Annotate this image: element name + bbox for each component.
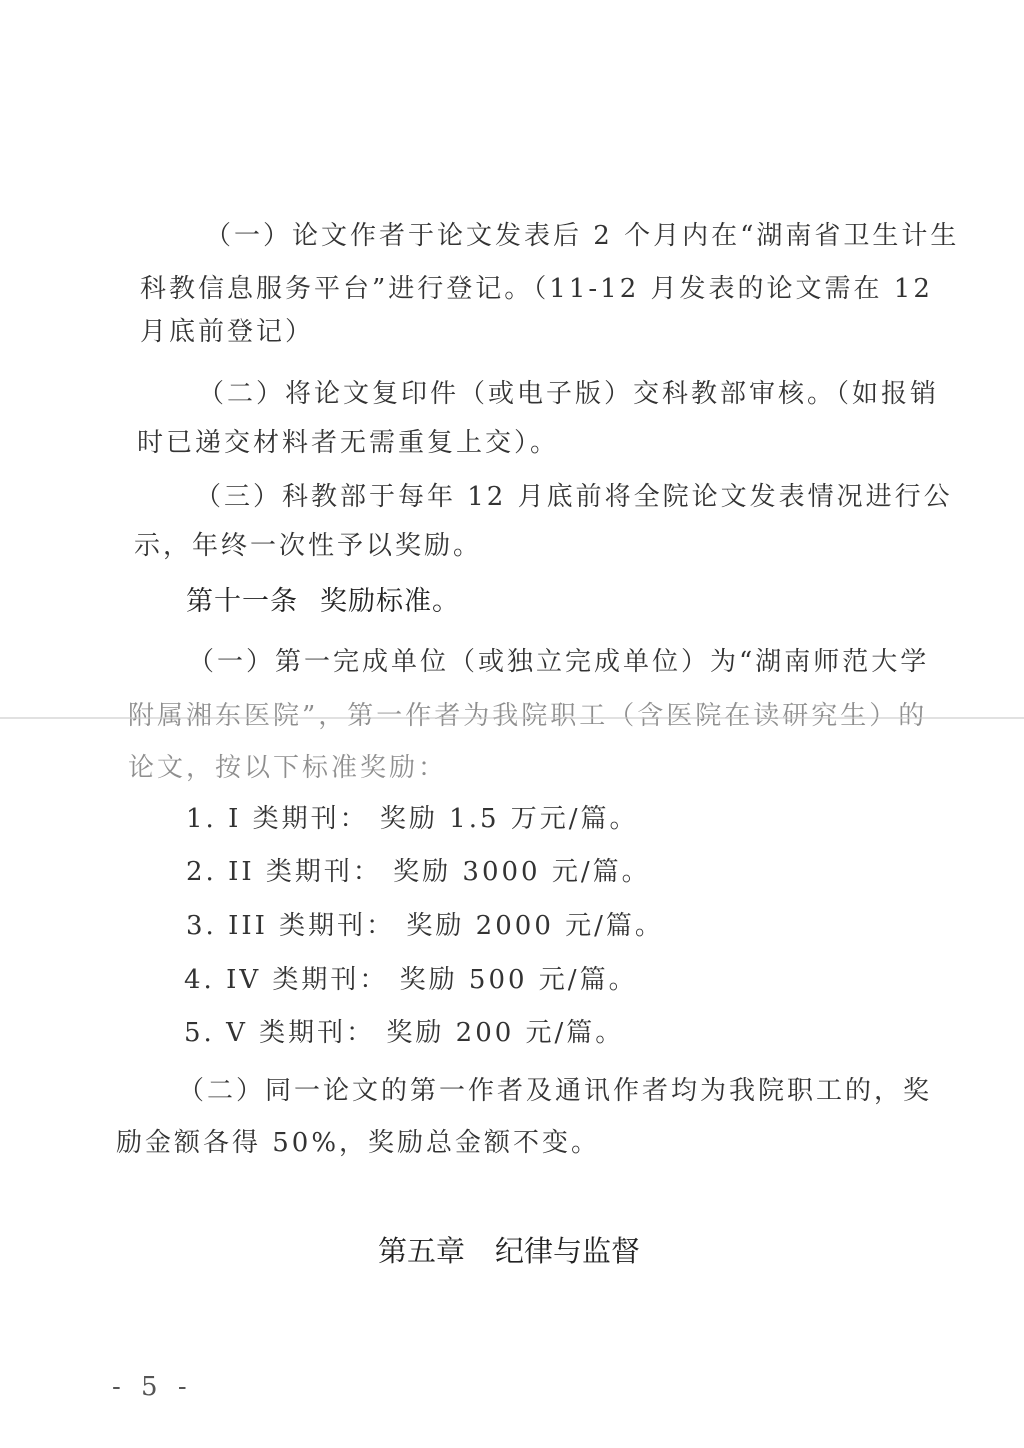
reward-category: V 类期刊：	[226, 1018, 375, 1048]
clause-1-line-1: （一）第一完成单位（或独立完成单位）为“湖南师范大学	[188, 646, 929, 678]
reward-amount: 奖励 3000 元/篇。	[393, 857, 650, 887]
reward-number: 2.	[186, 857, 217, 887]
reward-amount: 奖励 500 元/篇。	[400, 965, 638, 995]
article-label: 第十一条	[186, 586, 298, 617]
chapter-heading: 第五章纪律与监督	[378, 1234, 640, 1268]
article-title: 奖励标准。	[320, 586, 460, 617]
paragraph-3-line-2: 示，年终一次性予以奖励。	[134, 530, 482, 562]
page-number: - 5 -	[112, 1372, 193, 1402]
paragraph-1-line-1: （一）论文作者于论文发表后 2 个月内在“湖南省卫生计生	[205, 220, 959, 252]
paragraph-1-line-2: 科教信息服务平台”进行登记。（11-12 月发表的论文需在 12	[140, 273, 933, 305]
reward-number: 3.	[186, 911, 217, 941]
reward-item-2: 2. II 类期刊： 奖励 3000 元/篇。	[186, 856, 651, 888]
reward-amount: 奖励 1.5 万元/篇。	[380, 804, 639, 834]
reward-amount: 奖励 200 元/篇。	[386, 1018, 624, 1048]
reward-number: 5.	[184, 1018, 215, 1048]
clause-1-line-2: 附属湘东医院”，第一作者为我院职工（含医院在读研究生）的	[128, 700, 927, 732]
reward-item-4: 4. IV 类期刊： 奖励 500 元/篇。	[184, 964, 638, 996]
scan-artifact-line	[0, 717, 1024, 719]
reward-item-5: 5. V 类期刊： 奖励 200 元/篇。	[184, 1017, 624, 1049]
clause-2-line-1: （二）同一论文的第一作者及通讯作者均为我院职工的，奖	[178, 1075, 932, 1107]
reward-category: II 类期刊：	[228, 857, 382, 887]
reward-number: 4.	[184, 965, 215, 995]
reward-category: IV 类期刊：	[226, 965, 388, 995]
reward-category: I 类期刊：	[228, 804, 369, 834]
reward-category: III 类期刊：	[228, 911, 395, 941]
clause-1-line-3: 论文，按以下标准奖励：	[128, 752, 447, 784]
reward-item-1: 1. I 类期刊： 奖励 1.5 万元/篇。	[186, 803, 639, 835]
reward-amount: 奖励 2000 元/篇。	[406, 911, 663, 941]
chapter-title: 纪律与监督	[495, 1234, 640, 1268]
paragraph-3-line-1: （三）科教部于每年 12 月底前将全院论文发表情况进行公	[195, 481, 953, 513]
paragraph-1-line-3: 月底前登记）	[140, 316, 314, 348]
clause-2-line-2: 励金额各得 50%，奖励总金额不变。	[116, 1127, 600, 1159]
reward-number: 1.	[186, 804, 217, 834]
article-heading: 第十一条奖励标准。	[186, 586, 460, 618]
reward-item-3: 3. III 类期刊： 奖励 2000 元/篇。	[186, 910, 664, 942]
chapter-label: 第五章	[378, 1234, 465, 1268]
paragraph-2-line-1: （二）将论文复印件（或电子版）交科教部审核。（如报销	[198, 378, 939, 410]
paragraph-2-line-2: 时已递交材料者无需重复上交）。	[137, 427, 559, 459]
